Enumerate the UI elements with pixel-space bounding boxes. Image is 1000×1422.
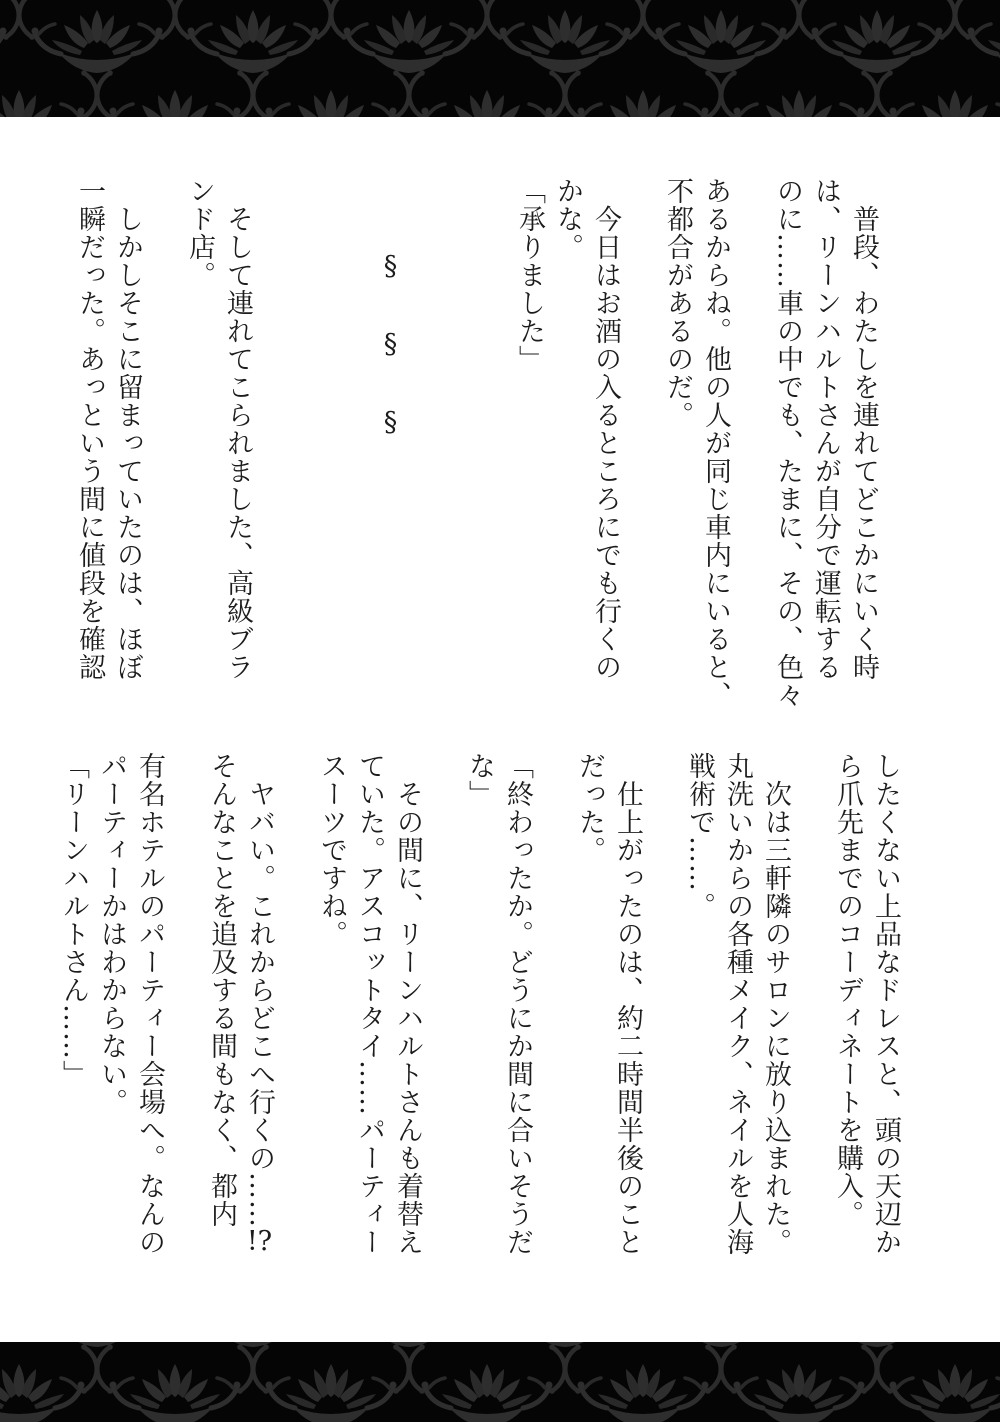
- text-line: 「承りました」: [510, 177, 548, 717]
- text-line: そんなことを追及する間もなく、都内: [202, 752, 240, 1292]
- text-line: 不都合があるのだ。: [658, 177, 696, 717]
- text-line: 有名ホテルのパーティー会場へ。なんの: [130, 752, 168, 1292]
- text-line: 今日はお酒の入るところにでも行くの: [586, 177, 624, 717]
- text-line: あるからね。他の人が同じ車内にいると、: [696, 177, 734, 717]
- text-line: 戦術で……。: [680, 752, 718, 1292]
- damask-border-top: [0, 0, 1000, 117]
- novel-page: 普段、わたしを連れてどこかにいく時は、リーンハルトさんが自分で運転するのに……車…: [0, 0, 1000, 1422]
- text-line: 「リーンハルトさん……」: [54, 752, 92, 1292]
- text-line: パーティーかはわからない。: [92, 752, 130, 1292]
- text-line: 仕上がったのは、約二時間半後のこと: [608, 752, 646, 1292]
- text-line: 次は三軒隣のサロンに放り込まれた。: [756, 752, 794, 1292]
- text-line: したくない上品なドレスと、頭の天辺か: [866, 752, 904, 1292]
- upper-text-block: 普段、わたしを連れてどこかにいく時は、リーンハルトさんが自分で運転するのに……車…: [70, 177, 882, 717]
- text-line: ていた。アスコットタイ……パーティー: [350, 752, 388, 1292]
- damask-border-bottom: [0, 1342, 1000, 1422]
- text-line: ヤバい。これからどこへ行くの……!?: [240, 752, 278, 1292]
- text-line: 「終わったか。どうにか間に合いそうだ: [498, 752, 536, 1292]
- text-line: スーツですね。: [312, 752, 350, 1292]
- text-line: な」: [460, 752, 498, 1292]
- text-line: その間に、リーンハルトさんも着替え: [388, 752, 426, 1292]
- text-line: かな。: [548, 177, 586, 717]
- text-line: だった。: [570, 752, 608, 1292]
- section-break-line: § § §: [371, 177, 409, 717]
- text-line: 丸洗いからの各種メイク、ネイルを人海: [718, 752, 756, 1292]
- text-line: ンド店。: [180, 177, 218, 717]
- text-line: 一瞬だった。あっという間に値段を確認: [70, 177, 108, 717]
- text-line: 普段、わたしを連れてどこかにいく時: [844, 177, 882, 717]
- text-line: のに……車の中でも、たまに、その、色々: [768, 177, 806, 717]
- tate-chu-yoko-exclamation: !?: [244, 1228, 275, 1255]
- lower-text-block: したくない上品なドレスと、頭の天辺から爪先までのコーディネートを購入。 次は三軒…: [54, 752, 904, 1292]
- text-line: そして連れてこられました、高級ブラ: [218, 177, 256, 717]
- text-line: は、リーンハルトさんが自分で運転する: [806, 177, 844, 717]
- text-line: ら爪先までのコーディネートを購入。: [828, 752, 866, 1292]
- text-line: しかしそこに留まっていたのは、ほぼ: [108, 177, 146, 717]
